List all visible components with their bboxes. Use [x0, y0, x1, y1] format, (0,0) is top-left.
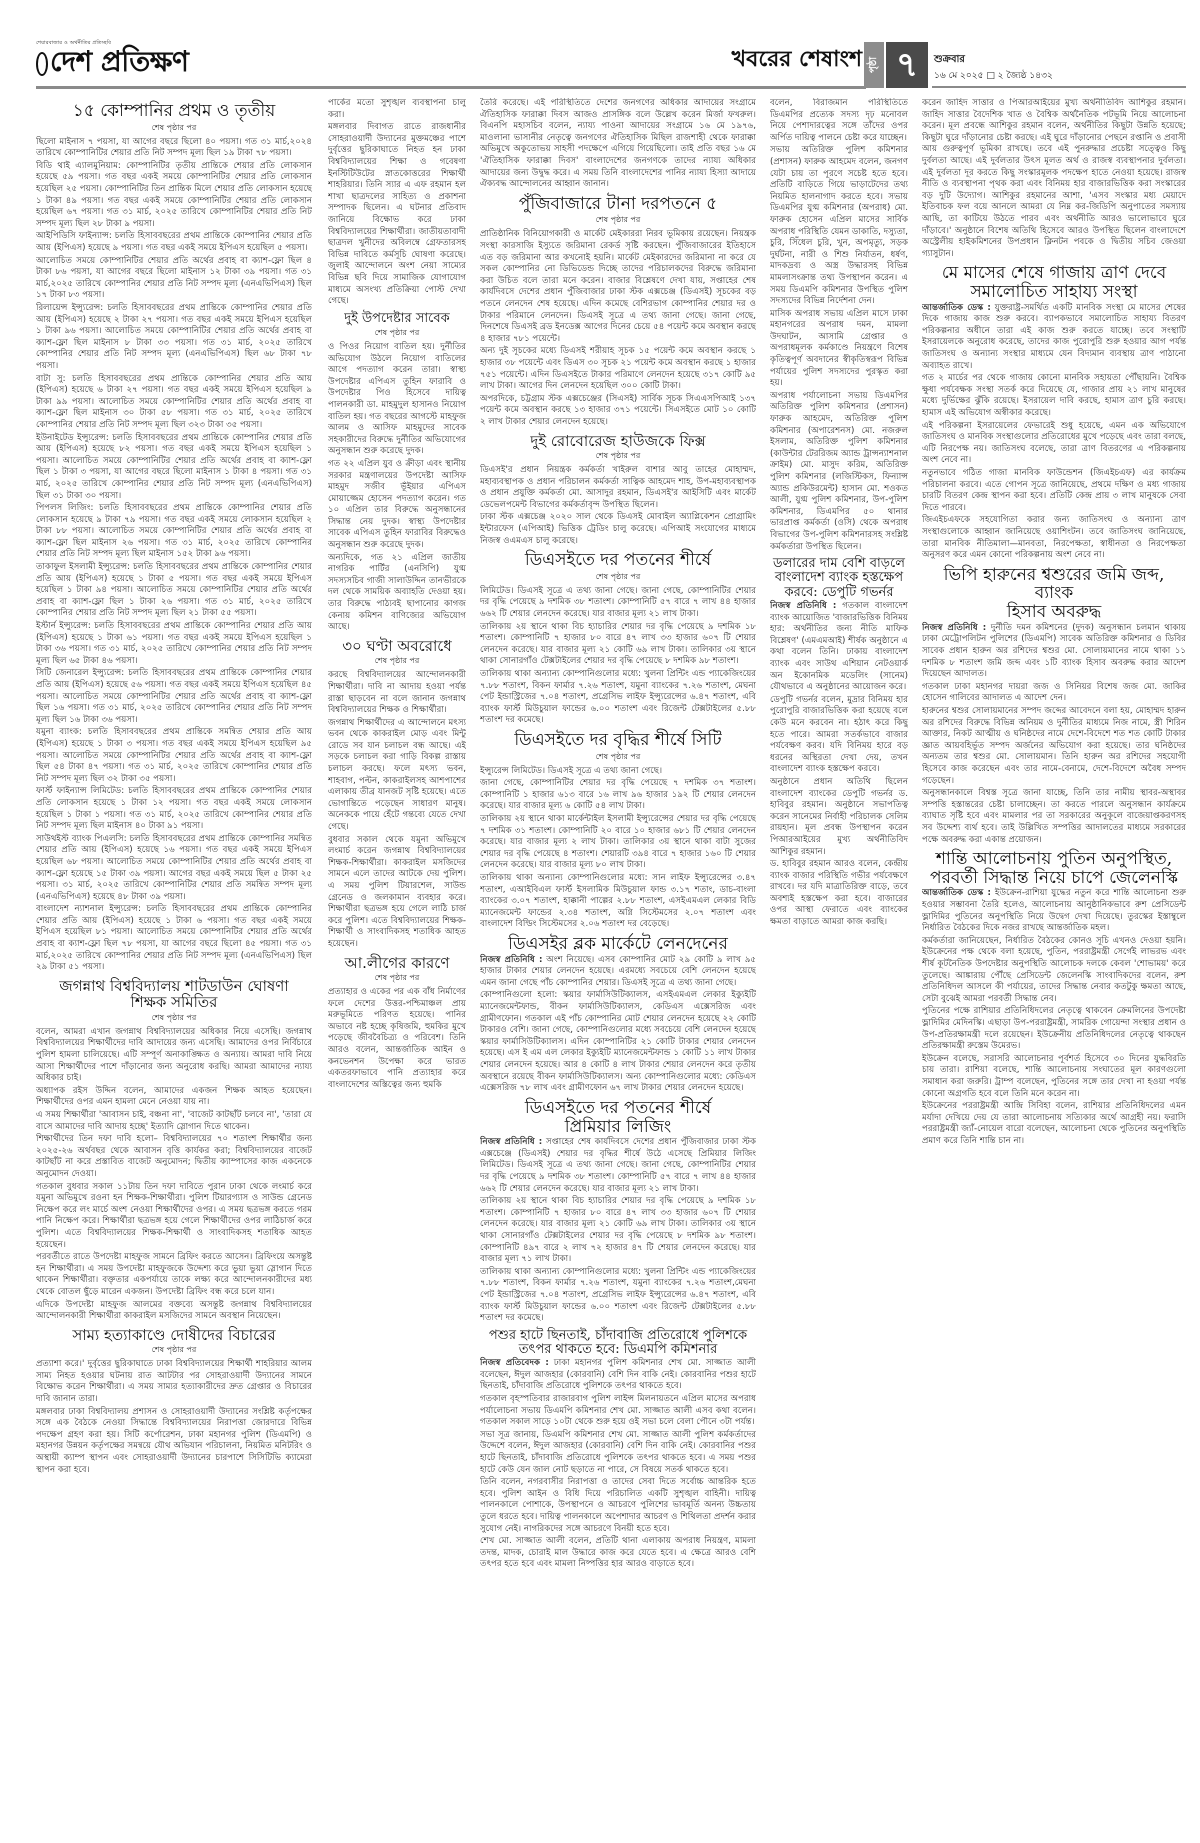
headline[interactable]: ডিএসইতে দর বৃদ্ধির শীর্ষে সিটি	[480, 731, 756, 750]
paragraph: ইউক্রেন বলেছে, সরাসরি আলোচনার পূর্বশর্ত …	[922, 1054, 1186, 1100]
paragraph: আলোচিত সময়ে কোম্পানিটির শেয়ার প্রতি অর…	[36, 256, 312, 302]
article-putin-zelensky: শান্তি আলোচনায় পুতিন অনুপস্থিত, পরবর্তী…	[922, 850, 1186, 1147]
paragraph: তালিকায় থাকা অন্যান্য কোম্পানিগুলোর মধ্…	[480, 669, 756, 727]
headline[interactable]: ভিপি হারুনের শ্বশুরের জমি জব্দ, ব্যাংক হ…	[922, 566, 1186, 622]
continued-label: শেষ পৃষ্ঠার পর	[480, 751, 756, 764]
column-1: ১৫ কোম্পানির প্রথম ও তৃতীয় শেষ পৃষ্ঠার …	[36, 98, 312, 1843]
article-dollar-intervention: ডলারের দাম বেশি বাড়লে বাংলাদেশ ব্যাংক হ…	[770, 557, 908, 929]
headline-line-1: ডলারের দাম বেশি বাড়লে	[773, 556, 905, 571]
headline[interactable]: সাম্য হত্যাকাণ্ডে দোষীদের বিচারের	[36, 1327, 312, 1344]
continued-label: শেষ পৃষ্ঠার পর	[328, 972, 466, 985]
continued-label: শেষ পৃষ্ঠার পর	[480, 450, 756, 463]
paragraph: নিজস্ব প্রতিনিধি : গতকাল বাংলাদেশ ব্যাংক…	[770, 601, 908, 694]
paragraph: যমুনা ব্যাংক: চলতি হিসাববছরের প্রথম প্রা…	[36, 727, 312, 785]
column-3: তৈরি করেছে। এই পরিস্থিতিতে দেশের জনগণের …	[480, 98, 756, 1843]
paragraph: ইউক্রেনের পররাষ্ট্রমন্ত্রী আন্দ্রি সিবিহ…	[922, 1101, 1186, 1147]
paragraph: শিক্ষার্থীদের তিন দফা দাবি হলো– বিশ্ববিদ…	[36, 1134, 312, 1180]
column-4: বলেন, বিরাজমান পরিস্থিতিতে ডিএমপির প্রত্…	[770, 98, 908, 1843]
article-two-advisers: দুই উপদেষ্টার সাবেক শেষ পৃষ্ঠার পর ও পিও…	[328, 312, 466, 634]
dateline: নিজস্ব প্রতিনিধি :	[480, 1137, 542, 1147]
paragraph: গতকাল বৃহস্পতিবার রাজারবাগ পুলিশ লাইন্স …	[480, 1394, 756, 1429]
paragraph: ছিলো মাইনাস ৭ পয়সা, যা আগের বছরে ছিলো ৪…	[36, 137, 312, 160]
headline-line-2: শিক্ষক সমিতির	[131, 993, 218, 1011]
headline[interactable]: শান্তি আলোচনায় পুতিন অনুপস্থিত, পরবর্তী…	[922, 850, 1186, 887]
headline[interactable]: ডিএসইতে দর পতনের শীর্ষে প্রিমিয়ার লিজিং	[480, 1099, 756, 1136]
paragraph: বাটা সু: চলতি হিসাববছরের প্রথম প্রান্তিক…	[36, 374, 312, 432]
headline-line-2: পরবর্তী সিদ্ধান্ত নিয়ে চাপে জেলেনস্কি	[930, 868, 1178, 888]
paragraph: তালিকায় ২য় স্থানে থাকা মার্কেন্টাইল ইস…	[480, 814, 756, 872]
paragraph: নিজস্ব প্রতিবেদক : ঢাকা মহানগর পুলিশ কমি…	[480, 1358, 756, 1393]
logo-title: দেশ প্রতিক্ষণ	[36, 47, 226, 77]
headline-line-2: বাংলাদেশ ব্যাংক হস্তক্ষেপ	[775, 570, 903, 585]
headline-line-2: তৎপর থাকতে হবে: ডিএমপি কমিশনার	[519, 1342, 717, 1357]
paragraph: মাসিক অপরাধ সভায় এপ্রিল মাসে ঢাকা মহানগ…	[770, 309, 908, 390]
paragraph: তাকাফুল ইসলামী ইন্স্যুরেন্স: চলতি হিসাবব…	[36, 562, 312, 620]
paragraph: ডিএসই'র প্রধান নিয়ন্ত্রক কর্মকর্তা খাইর…	[480, 465, 756, 511]
dateline: নিজস্ব প্রতিনিধি :	[480, 955, 542, 965]
paragraph: এদিকে উপদেষ্টা মাহফুজ আলমের বক্তব্যে অসন…	[36, 1300, 312, 1323]
article-economy-continued: করেন জাহিদ সাত্তার ও পিআরআইয়ের মুখ্য অর…	[922, 98, 1186, 260]
article-dse-block-market: ডিএসইর ব্লক মার্কেটে লেনদেনের নিজস্ব প্র…	[480, 935, 756, 1095]
logo-title-text: দেশ প্রতিক্ষণ	[50, 45, 188, 78]
paragraph: ও পিওর নিয়োগ বাতিল হয়। দুর্নীতির অভিযো…	[328, 342, 466, 458]
paragraph: সভায় অতিরিক্ত পুলিশ কমিশনার (প্রশাসন) ফ…	[770, 145, 908, 307]
paragraph: অনুষ্ঠানে প্রধান অতিথি ছিলেন বাংলাদেশ ব্…	[770, 777, 908, 858]
headline-line-2: হিসাব অবরুদ্ধ	[1007, 602, 1102, 622]
article-30-hour-blockade: ৩০ ঘণ্টা অবরোধে শেষ পৃষ্ঠার পর করছে বিশ্…	[328, 638, 466, 951]
paragraph: কর্মকর্তারা জানিয়েছেন, নির্ধারিত বৈঠকের…	[922, 936, 1186, 1006]
paragraph: পুতিনের পক্ষে রাশিয়ার প্রতিনিধিদলের নেত…	[922, 1006, 1186, 1052]
paragraph: তৈরি করেছে। এই পরিস্থিতিতে দেশের জনগণের …	[480, 98, 756, 191]
article-gaza-aid: মে মাসের শেষে গাজায় ত্রাণ দেবে সমালোচিত…	[922, 264, 1186, 561]
paragraph: ইন্স্যুরেন্স লিমিটেড। ডিএসই সূত্রে এ তথ্…	[480, 766, 756, 778]
paragraph-text: গতকাল বাংলাদেশ ব্যাংক আয়োজিত 'বাজারভিত্…	[770, 601, 908, 692]
paragraph: নতুনভাবে গঠিত গাজা মানবিক ফাউন্ডেশন (জিএ…	[922, 468, 1186, 514]
paragraph: লিমিটেড। ডিএসই সূত্রে এ তথ্য জানা গেছে। …	[480, 586, 756, 621]
headline[interactable]: ডিএসইতে দর পতনের শীর্ষে	[480, 551, 756, 570]
continued-label: শেষ পৃষ্ঠার পর	[328, 327, 466, 340]
paragraph: আন্তর্জাতিক ডেস্ক : যুক্তরাষ্ট্র-সমর্থিত…	[922, 303, 1186, 373]
paragraph: তালিকায় ২য় স্থানে থাকা বিচ হ্যাচারির শ…	[480, 622, 756, 668]
paragraph: মঙ্গলবার দিবাগত রাতে রাজধানীর সোহরাওয়ার…	[328, 122, 466, 308]
paragraph: গতকাল বুধবার সকাল ১১টায় তিন দফা দাবিতে …	[36, 1182, 312, 1252]
paragraph: ইস্টার্ন ইন্স্যুরেন্স: চলতি হিসাববছরের প…	[36, 621, 312, 667]
headline[interactable]: দুই উপদেষ্টার সাবেক	[328, 312, 466, 326]
paragraph: তালিকায় থাকা অন্যান্য কোম্পানিগুলোর মধ্…	[480, 1267, 756, 1325]
newspaper-logo[interactable]: শেয়ারবাজার ও অর্থনীতির প্রতিচ্ছবি দেশ প…	[36, 40, 226, 77]
article-15-companies: ১৫ কোম্পানির প্রথম ও তৃতীয় শেষ পৃষ্ঠার …	[36, 102, 312, 974]
dateline: নিজস্ব প্রতিনিধি :	[922, 623, 986, 633]
paragraph: নিজস্ব প্রতিনিধি : দুর্নীতি দমন কমিশনের …	[922, 623, 1186, 681]
headline[interactable]: ডিএসইর ব্লক মার্কেটে লেনদেনের	[480, 935, 756, 954]
paragraph: জিএইচএফকে সহযোগিতা করার জন্য জাতিসংঘ ও অ…	[922, 515, 1186, 561]
article-capital-market-fall: পুঁজিবাজারে টানা দরপতনে ৫ শেষ পৃষ্ঠার পর…	[480, 195, 756, 429]
headline-line-2: সমালোচিত সাহায্য সংস্থা	[970, 282, 1137, 302]
paragraph: প্রত্যাহার ও একের পর এক বাঁধ নির্মাণের ফ…	[328, 987, 466, 1091]
paragraph: অধ্যাপক রইস উদ্দিন বলেন, আমাদের একজন শিক…	[36, 1086, 312, 1109]
headline[interactable]: পুঁজিবাজারে টানা দরপতনে ৫	[480, 195, 756, 214]
dateline: আন্তর্জাতিক ডেস্ক :	[922, 303, 991, 313]
headline[interactable]: মে মাসের শেষে গাজায় ত্রাণ দেবে সমালোচিত…	[922, 264, 1186, 301]
headline-line-1: শান্তি আলোচনায় পুতিন অনুপস্থিত,	[936, 849, 1172, 869]
paragraph: ইউনাইটেড ইন্স্যুরেন্স: চলতি হিসাববছরের প…	[36, 433, 312, 503]
paragraph: ড. হাবিবুর রহমান আরও বলেন, কেন্দ্রীয় ব্…	[770, 859, 908, 929]
article-samya-murder: সাম্য হত্যাকাণ্ডে দোষীদের বিচারের শেষ পৃ…	[36, 1327, 312, 1476]
paragraph: করছে বিশ্ববিদ্যালয়ের আন্দোলনকারী শিক্ষা…	[328, 670, 466, 716]
paragraph: নিজস্ব প্রতিনিধি : সপ্তাহের শেষ কার্যদিব…	[480, 1137, 756, 1195]
paragraph: তালিকায় ২য় স্থানে থাকা বিচ হ্যাচারির শ…	[480, 1196, 756, 1266]
article-cattle-market-police: পশুর হাটে ছিনতাই, চাঁদাবাজি প্রতিরোধে পু…	[480, 1329, 756, 1571]
paragraph: আন্তর্জাতিক ডেস্ক : ইউক্রেন-রাশিয়া যুদ্…	[922, 888, 1186, 934]
paragraph: পার্কের মতো সুশৃঙ্খল ব্যবস্থাপনা চালু কর…	[328, 98, 466, 121]
article-dse-top-gainer-city: ডিএসইতে দর বৃদ্ধির শীর্ষে সিটি শেষ পৃষ্ঠ…	[480, 731, 756, 931]
dateline: নিজস্ব প্রতিবেদক :	[480, 1358, 549, 1368]
paragraph: ঢাকা স্টক এক্সচেঞ্জ ২০২০ সাল থেকে ডিএসই …	[480, 512, 756, 547]
article-dmp-meeting: বলেন, বিরাজমান পরিস্থিতিতে ডিএমপির প্রত্…	[770, 98, 908, 553]
paragraph: অপরদিকে, চট্টগ্রাম স্টক এক্সচেঞ্জের (সিএ…	[480, 394, 756, 429]
headline[interactable]: পশুর হাটে ছিনতাই, চাঁদাবাজি প্রতিরোধে পু…	[480, 1329, 756, 1358]
paragraph: ডেপুটি গভর্নর বলেন, মুদ্রার বিনিময় হার …	[770, 695, 908, 776]
headline[interactable]: ডলারের দাম বেশি বাড়লে বাংলাদেশ ব্যাংক হ…	[770, 557, 908, 600]
paragraph: গতকাল ঢাকা মহানগর দায়রা জজ ও সিনিয়র বি…	[922, 682, 1186, 705]
page-label: পৃষ্ঠা	[864, 42, 884, 88]
headline[interactable]: ১৫ কোম্পানির প্রথম ও তৃতীয়	[36, 102, 312, 121]
paragraph: সিটি জেনারেল ইন্স্যুরেন্স: চলতি হিসাববছর…	[36, 668, 312, 726]
article-awami-league: আ.লীগের কারণে শেষ পৃষ্ঠার পর প্রত্যাহার …	[328, 955, 466, 1092]
headline[interactable]: জগন্নাথ বিশ্ববিদ্যালয় শাটডাউন ঘোষণা শিক…	[36, 978, 312, 1011]
paragraph: করেন জাহিদ সাত্তার ও পিআরআইয়ের মুখ্য অর…	[922, 98, 1186, 260]
continued-label: শেষ পৃষ্ঠার পর	[480, 214, 756, 227]
paragraph: সভা সূত্র জানায়, ডিএমপি কমিশনার শেখ মো.…	[480, 1430, 756, 1476]
dateline: নিজস্ব প্রতিনিধি :	[770, 601, 836, 611]
paragraph: তিনি বলেন, নগরবাসীর নিরাপত্তা ও তাদের সে…	[480, 1477, 756, 1535]
paragraph: প্রত্যাশা করে।' দুর্বৃত্তের ছুরিকাঘাতে ঢ…	[36, 1359, 312, 1405]
paragraph: ফার্স্ট ফাইন্যান্স লিমিটেড: চলতি হিসাববছ…	[36, 786, 312, 832]
section-title: খবরের শেষাংশ	[700, 44, 862, 74]
headline-line-1: ডিএসইতে দর পতনের শীর্ষে	[525, 1098, 711, 1118]
headline-line-1: মে মাসের শেষে গাজায় ত্রাণ দেবে	[942, 263, 1166, 283]
continued-label: শেষ পৃষ্ঠার পর	[36, 1012, 312, 1025]
continued-label: শেষ পৃষ্ঠার পর	[480, 571, 756, 584]
paragraph: গত ২ মার্চের পর থেকে গাজায় কোনো মানবিক …	[922, 373, 1186, 419]
paragraph: রিলায়েন্স ইন্স্যুরেন্স: চলতি হিসাববছরের…	[36, 303, 312, 373]
headline-line-1: পশুর হাটে ছিনতাই, চাঁদাবাজি প্রতিরোধে পু…	[489, 1328, 747, 1343]
paragraph: পরবর্তীতে রাতে উপদেষ্টা মাহফুজ সামনে ব্র…	[36, 1252, 312, 1298]
issue-date: ১৬ মে ২০২৫ □ ২ জ্যৈষ্ঠ ১৪৩২	[934, 68, 1053, 83]
paragraph: বিডি থাই এ্যালমুনিয়াম: কোম্পানিটির তৃতী…	[36, 161, 312, 231]
page-number: ৭	[886, 42, 928, 88]
paragraph: আইপিডিসি ফাইন্যান্স: চলতি হিসাববছরের প্র…	[36, 231, 312, 254]
paragraph: জগন্নাথ শিক্ষার্থীদের এ আন্দোলনে মৎস্য ভ…	[328, 718, 466, 834]
column-2: পার্কের মতো সুশৃঙ্খল ব্যবস্থাপনা চালু কর…	[328, 98, 466, 1843]
headline[interactable]: আ.লীগের কারণে	[328, 955, 466, 972]
paragraph: হারুনের শ্বশুর সোলায়মানের সম্পদ জব্দের …	[922, 706, 1186, 787]
paragraph: অপরাধ পর্যালোচনা সভায় ডিএমপির অতিরিক্ত …	[770, 391, 908, 553]
issue-day: শুক্রবার	[934, 52, 965, 69]
headline-line-3: করবে: ডেপুটি গভর্নর	[785, 585, 894, 600]
paragraph: সাউথইস্ট ব্যাংক পিএলসি: চলতি হিসাববছরের …	[36, 834, 312, 904]
headline-line-2: প্রিমিয়ার লিজিং	[565, 1117, 671, 1137]
logo-emblem-icon	[36, 52, 48, 76]
dateline: আন্তর্জাতিক ডেস্ক :	[922, 888, 991, 898]
column-5: করেন জাহিদ সাত্তার ও পিআরআইয়ের মুখ্য অর…	[922, 98, 1186, 1843]
article-brokerage-houses: দুই রোবোরেজ হাউজকে ফিক্স শেষ পৃষ্ঠার পর …	[480, 433, 756, 548]
continued-label: শেষ পৃষ্ঠার পর	[36, 1344, 312, 1357]
paragraph: জানা গেছে, কোম্পানিটির শেয়ার দর বৃদ্ধি …	[480, 778, 756, 813]
paragraph: কোম্পানিগুলো হলো: স্কয়ার ফার্মাসিউটিক্য…	[480, 990, 756, 1094]
paragraph: বাংলাদেশ ন্যাশনাল ইন্স্যুরেন্স: চলতি হিস…	[36, 904, 312, 974]
paragraph: প্রাতিষ্ঠানিক বিনিয়োগকারী ও মার্কেট মেই…	[480, 229, 756, 345]
masthead-rule-right	[932, 86, 1186, 88]
headline[interactable]: ৩০ ঘণ্টা অবরোধে	[328, 638, 466, 655]
article-harun-father-in-law: ভিপি হারুনের শ্বশুরের জমি জব্দ, ব্যাংক হ…	[922, 566, 1186, 846]
continued-label: শেষ পৃষ্ঠার পর	[36, 122, 312, 135]
headline-line-1: জগন্নাথ বিশ্ববিদ্যালয় শাটডাউন ঘোষণা	[59, 977, 288, 995]
article-premier-leasing: ডিএসইতে দর পতনের শীর্ষে প্রিমিয়ার লিজিং…	[480, 1099, 756, 1325]
paragraph: তালিকায় থাকা অন্যান্য কোম্পানিগুলোর মধ্…	[480, 873, 756, 931]
paragraph: অনুসন্ধানকালে বিশ্বস্ত সূত্রে জানা যাচ্ছ…	[922, 788, 1186, 846]
masthead-rule-left	[36, 86, 866, 89]
article-farakka: তৈরি করেছে। এই পরিস্থিতিতে দেশের জনগণের …	[480, 98, 756, 191]
paragraph: বলেন, বিরাজমান পরিস্থিতিতে ডিএমপির প্রত্…	[770, 98, 908, 144]
paragraph: শেখ মো. সাজ্জাত আলী বলেন, প্রতিটি থানা এ…	[480, 1536, 756, 1571]
paragraph: অন্যদিকে, গত ২১ এপ্রিল জাতীয় নাগরিক পার…	[328, 553, 466, 634]
headline-line-1: ভিপি হারুনের শ্বশুরের জমি জব্দ, ব্যাংক	[944, 565, 1165, 604]
paragraph: মঙ্গলবার ঢাকা বিশ্ববিদ্যালয় প্রশাসন ও স…	[36, 1407, 312, 1477]
masthead: শেয়ারবাজার ও অর্থনীতির প্রতিচ্ছবি দেশ প…	[0, 0, 1200, 95]
paragraph: নিজস্ব প্রতিনিধি : অংশ নিয়েছে। এসব কোম্…	[480, 955, 756, 990]
paragraph: এই পরিকল্পনা ইসরায়েলের ফেভারেই শুধু হয়…	[922, 421, 1186, 467]
headline[interactable]: দুই রোবোরেজ হাউজকে ফিক্স	[480, 433, 756, 450]
paragraph: অন্য দুই সূচকের মধ্যে ডিএসই শরীয়াহ সূচক…	[480, 346, 756, 392]
article-samya-continued: পার্কের মতো সুশৃঙ্খল ব্যবস্থাপনা চালু কর…	[328, 98, 466, 308]
paragraph: গত ২২ এপ্রিল যুব ও ক্রীড়া এবং স্থানীয় …	[328, 459, 466, 552]
article-dse-top-losers: ডিএসইতে দর পতনের শীর্ষে শেষ পৃষ্ঠার পর ল…	[480, 551, 756, 727]
paragraph: এ সময় শিক্ষার্থীরা 'আবাসন চাই, বঞ্চনা ন…	[36, 1110, 312, 1133]
paragraph: বলেন, আমরা এখান জগন্নাথ বিশ্ববিদ্যালয়ের…	[36, 1027, 312, 1085]
paragraph: বুধবার সকাল থেকে যমুনা অভিমুখে লংমার্চ ক…	[328, 835, 466, 951]
article-jagannath-shutdown: জগন্নাথ বিশ্ববিদ্যালয় শাটডাউন ঘোষণা শিক…	[36, 978, 312, 1323]
paragraph: পিপলস লিজিং: চলতি হিসাববছরের প্রথম প্রান…	[36, 503, 312, 561]
continued-label: শেষ পৃষ্ঠার পর	[328, 655, 466, 668]
page-body: ১৫ কোম্পানির প্রথম ও তৃতীয় শেষ পৃষ্ঠার …	[36, 98, 1186, 1843]
